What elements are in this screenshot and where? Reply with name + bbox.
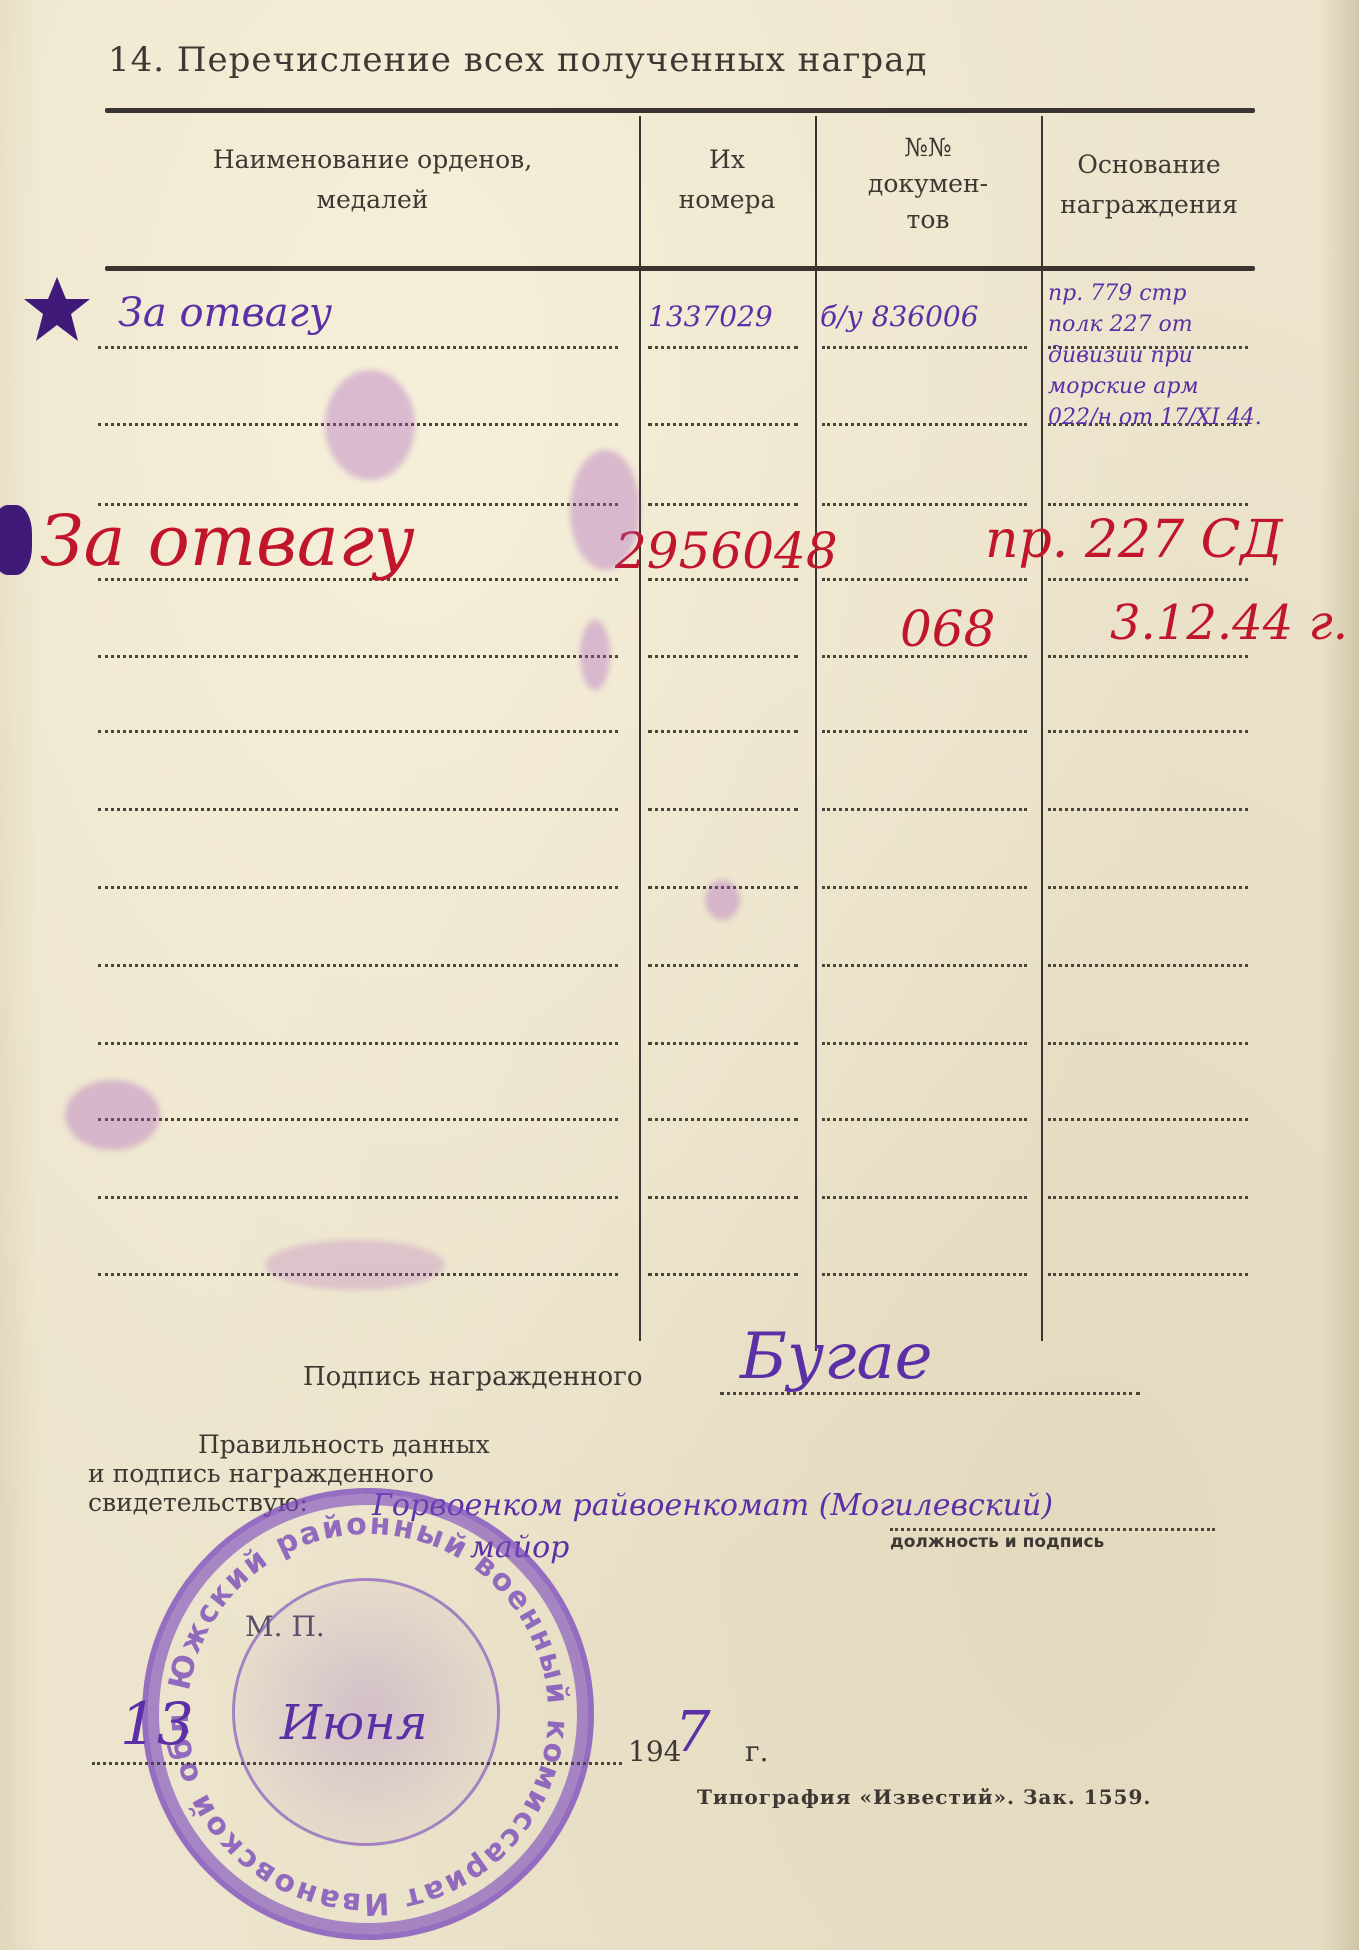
basis-line: морские арм <box>1048 371 1262 402</box>
header-line: Наименование орденов, <box>110 140 635 180</box>
column-header-award-name: Наименование орденов, медалей <box>110 140 635 220</box>
certify-label-line: и подпись награжденного <box>88 1459 490 1488</box>
award-basis-entry-1: пр. 779 стр полк 227 от дивизии при морс… <box>1048 278 1262 433</box>
column-header-numbers: Их номера <box>642 140 812 220</box>
award-document-entry-2-line-1: пр. 227 СД <box>985 510 1283 570</box>
header-line: докумен- <box>818 166 1038 202</box>
ink-stain <box>705 880 740 920</box>
date-suffix: г. <box>745 1735 769 1768</box>
awardee-signature: Бугае <box>740 1320 933 1394</box>
header-line: награждения <box>1044 185 1254 225</box>
date-line <box>92 1762 622 1765</box>
date-month: Июня <box>280 1695 428 1751</box>
header-line: №№ <box>818 130 1038 166</box>
award-number-entry-1: 1337029 <box>648 300 773 333</box>
award-document-entry-1: б/у 836006 <box>820 300 979 333</box>
ink-blot-icon <box>0 505 32 575</box>
award-number-entry-2: 2956048 <box>615 522 838 580</box>
position-caption: должность и подпись <box>890 1532 1104 1552</box>
position-signature-line <box>890 1528 1215 1531</box>
ink-stain <box>580 620 610 690</box>
awardee-signature-label: Подпись награжденного <box>303 1362 642 1392</box>
ink-stain <box>65 1080 160 1150</box>
column-header-documents: №№ докумен- тов <box>818 130 1038 238</box>
ink-stain <box>570 450 640 570</box>
award-name-entry-2: За отвагу <box>40 500 415 582</box>
ink-stain <box>325 370 415 480</box>
printer-imprint: Типография «Известий». Зак. 1559. <box>697 1785 1151 1809</box>
basis-line: 022/н от 17/XI 44. <box>1048 402 1262 433</box>
seal-label: М. П. <box>245 1610 325 1643</box>
header-line: медалей <box>110 180 635 220</box>
column-header-basis: Основание награждения <box>1044 145 1254 225</box>
date-year-digit: 7 <box>675 1700 711 1765</box>
header-line: Их <box>642 140 812 180</box>
header-line: Основание <box>1044 145 1254 185</box>
ink-star-icon <box>22 275 92 345</box>
table-header-rule <box>105 266 1255 271</box>
section-title-text: Перечисление всех полученных наград <box>177 40 928 80</box>
column-divider-2 <box>815 116 817 1351</box>
section-title: 14. Перечисление всех полученных наград <box>108 40 927 80</box>
basis-line: пр. 779 стр <box>1048 278 1262 309</box>
header-line: номера <box>642 180 812 220</box>
ink-stain <box>265 1240 445 1290</box>
certify-label-line: Правильность данных <box>88 1430 490 1459</box>
column-divider-3 <box>1041 116 1043 1341</box>
date-year-prefix: 194 <box>628 1735 681 1768</box>
award-name-entry-1: За отвагу <box>118 290 332 336</box>
header-line: тов <box>818 202 1038 238</box>
award-document-entry-2-line-2: 068 <box>900 600 995 658</box>
award-basis-entry-2: 3.12.44 г. <box>1110 595 1348 651</box>
table-top-rule <box>105 108 1255 113</box>
basis-line: полк 227 от <box>1048 309 1262 340</box>
date-day: 13 <box>120 1690 194 1758</box>
basis-line: дивизии при <box>1048 340 1262 371</box>
column-divider-1 <box>639 116 641 1341</box>
section-number: 14. <box>108 40 165 80</box>
